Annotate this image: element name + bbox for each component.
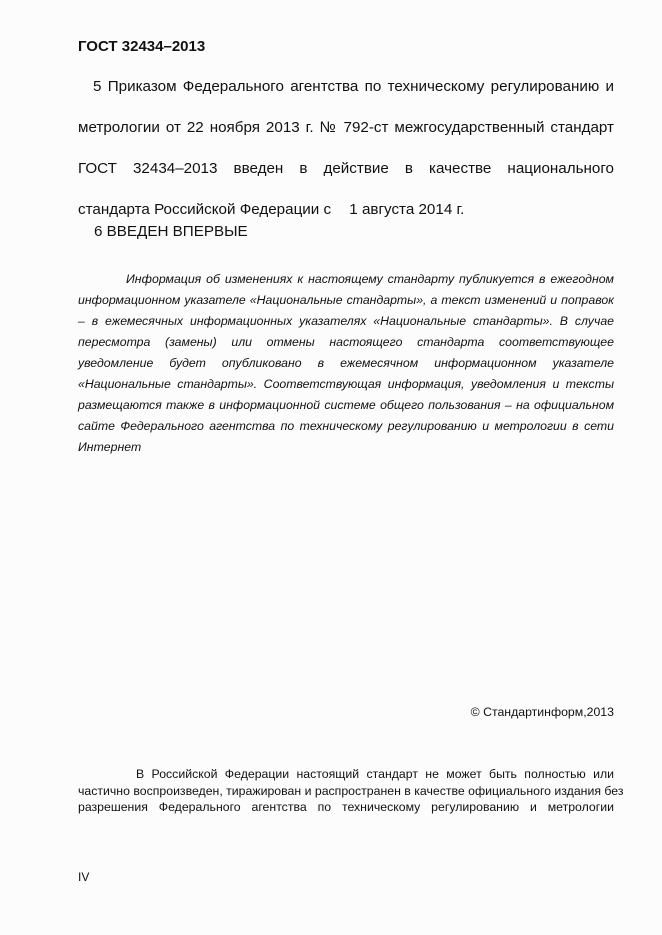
section-5-line: метрологии от 22 ноября 2013 г. № 792-ст… — [78, 107, 614, 148]
info-line: уведомление будет опубликовано в ежемеся… — [78, 353, 614, 374]
section-6-heading: 6 ВВЕДЕН ВПЕРВЫЕ — [94, 223, 248, 240]
info-line: Информация об изменениях к настоящему ст… — [78, 269, 614, 290]
copyright-notice: © Стандартинформ,2013 — [471, 705, 614, 719]
info-line: «Национальные стандарты». Соответствующа… — [78, 374, 614, 395]
section-5-line: ГОСТ 32434–2013 введен в действие в каче… — [78, 148, 614, 189]
reproduction-line: В Российской Федерации настоящий стандар… — [78, 766, 614, 783]
info-line: сайте Федерального агентства по техничес… — [78, 416, 614, 437]
info-line: пересмотра (замены) или отмены настоящег… — [78, 332, 614, 353]
document-header: ГОСТ 32434–2013 — [78, 38, 205, 55]
reproduction-line: частично воспроизведен, тиражирован и ра… — [78, 783, 614, 800]
reproduction-line: разрешения Федерального агентства по тех… — [78, 799, 614, 816]
info-line: – в ежемесячных информационных указателя… — [78, 311, 614, 332]
section-5-paragraph: 5 Приказом Федерального агентства по тех… — [78, 66, 614, 230]
section-5-line: 5 Приказом Федерального агентства по тех… — [78, 66, 614, 107]
info-line: Интернет — [78, 437, 614, 458]
info-line: размещаются также в информационной систе… — [78, 395, 614, 416]
page-number: IV — [78, 870, 89, 884]
section-5-line: стандарта Российской Федерации с — [78, 201, 331, 218]
info-notice-paragraph: Информация об изменениях к настоящему ст… — [78, 269, 614, 458]
effective-date: 1 августа 2014 г. — [349, 201, 464, 218]
reproduction-notice-paragraph: В Российской Федерации настоящий стандар… — [78, 766, 614, 816]
info-line: информационном указателе «Национальные с… — [78, 290, 614, 311]
